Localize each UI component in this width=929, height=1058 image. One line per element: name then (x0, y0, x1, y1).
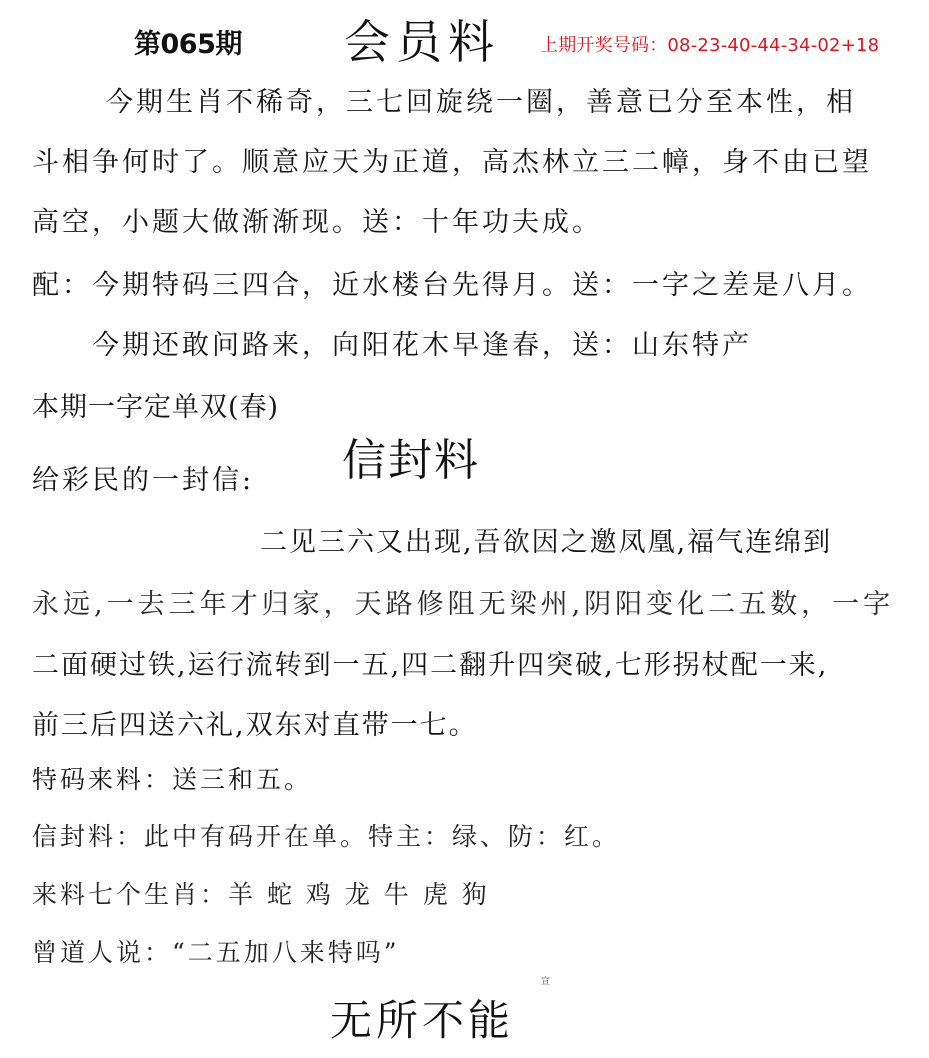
envelope-text-line: 二面硬过铁,运行流转到一五,四二翻升四突破,七形拐杖配一来, (32, 643, 828, 682)
envelope-note: 信封料：此中有码开在单。特主：绿、防：红。 (32, 817, 620, 853)
footer-stamp: 宣 (538, 976, 551, 985)
previous-draw-result: 上期开奖号码：08-23-40-44-34-02+18 (540, 31, 879, 57)
issue-number: 第065期 (134, 22, 242, 61)
envelope-note: 特码来料：送三和五。 (32, 760, 312, 796)
member-text-line: 本期一字定单双(春) (32, 385, 279, 424)
envelope-section-title: 信封料 (342, 424, 480, 488)
member-text-line: 今期生肖不稀奇，三七回旋绕一圈，善意已分至本性，相 (106, 80, 856, 119)
member-text-line: 斗相争何时了。顺意应天为正道，高杰林立三二幛，身不由已望 (32, 140, 872, 179)
member-text-line: 高空，小题大做渐渐现。送：十年功夫成。 (32, 200, 602, 239)
envelope-text-line: 二见三六又出现,吾欲因之邀凤凰,福气连绵到 (260, 520, 832, 559)
envelope-note: 来料七个生肖：羊 蛇 鸡 龙 牛 虎 狗 (32, 875, 490, 911)
envelope-text-line: 前三后四送六礼,双东对直带一七。 (32, 703, 478, 742)
envelope-note: 曾道人说：“二五加八来特吗” (32, 933, 400, 969)
member-text-line: 配：今期特码三四合，近水楼台先得月。送：一字之差是八月。 (32, 263, 872, 302)
previous-draw-numbers: 08-23-40-44-34-02+18 (667, 35, 879, 56)
footer-title: 无所不能 (330, 988, 514, 1048)
page-title: 会员料 (344, 6, 500, 72)
member-text-line: 今期还敢问路来，向阳花木早逢春，送：山东特产 (92, 323, 752, 362)
envelope-greeting: 给彩民的一封信: (32, 458, 254, 497)
envelope-text-line: 永远,一去三年才归家，天路修阻无梁州,阴阳变化二五数，一字 (32, 582, 894, 621)
previous-draw-label: 上期开奖号码： (540, 35, 667, 56)
